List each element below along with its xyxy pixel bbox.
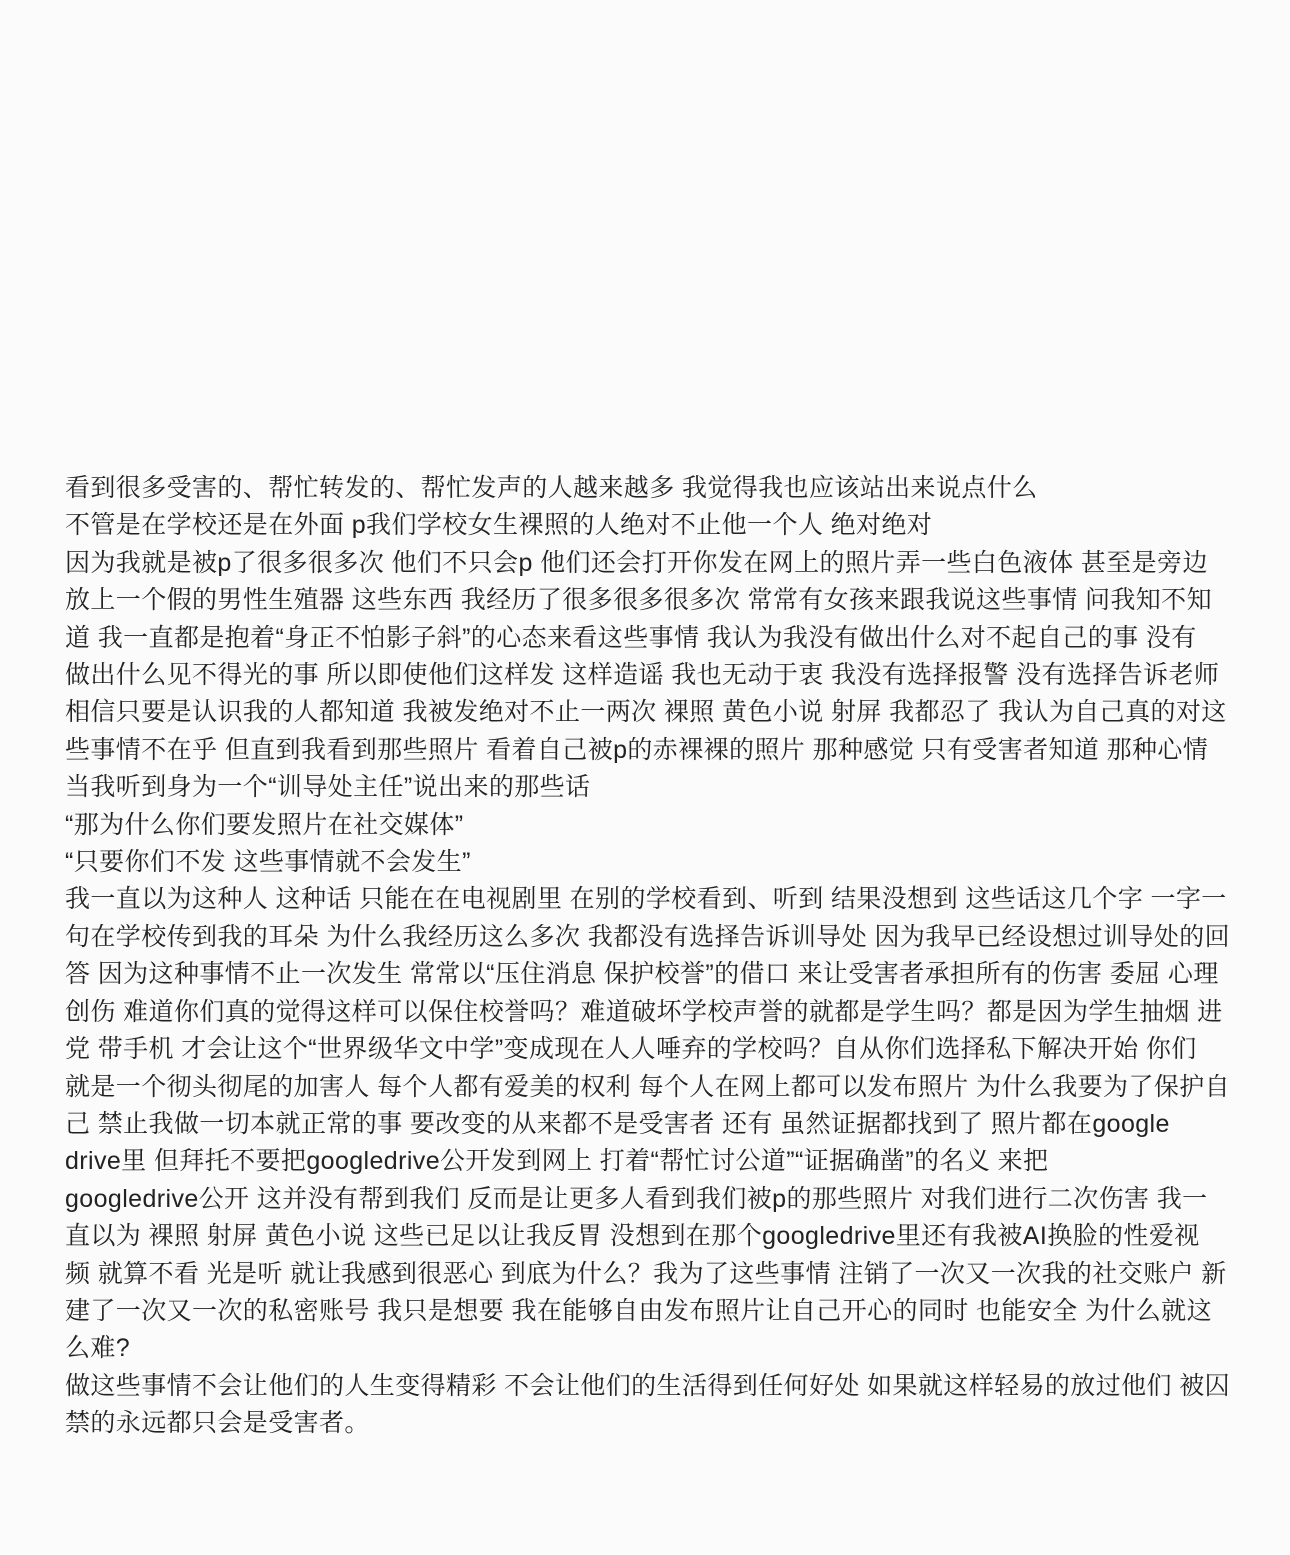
- text-line: 创伤 难道你们真的觉得这样可以保住校誉吗？难道破坏学校声誉的就都是学生吗？都是因…: [65, 994, 1230, 1031]
- text-line: 做这些事情不会让他们的人生变得精彩 不会让他们的生活得到任何好处 如果就这样轻易…: [65, 1368, 1230, 1405]
- text-line: 做出什么见不得光的事 所以即使他们这样发 这样造谣 我也无动于衷 我没有选择报警…: [65, 657, 1230, 694]
- text-line: 些事情不在乎 但直到我看到那些照片 看着自己被p的赤裸裸的照片 那种感觉 只有受…: [65, 732, 1230, 769]
- page: 看到很多受害的、帮忙转发的、帮忙发声的人越来越多 我觉得我也应该站出来说点什么 …: [0, 0, 1290, 1555]
- text-line: 答 因为这种事情不止一次发生 常常以“压住消息 保护校誉”的借口 来让受害者承担…: [65, 956, 1230, 993]
- text-line: “那为什么你们要发照片在社交媒体”: [65, 807, 1230, 844]
- text-line: 道 我一直都是抱着“身正不怕影子斜”的心态来看这些事情 我认为我没有做出什么对不…: [65, 620, 1230, 657]
- text-line: 相信只要是认识我的人都知道 我被发绝对不止一两次 裸照 黄色小说 射屏 我都忍了…: [65, 694, 1230, 731]
- text-line: “只要你们不发 这些事情就不会发生”: [65, 844, 1230, 881]
- text-line: 建了一次又一次的私密账号 我只是想要 我在能够自由发布照片让自己开心的同时 也能…: [65, 1293, 1230, 1330]
- text-line: 么难?: [65, 1330, 1230, 1367]
- text-line: 因为我就是被p了很多很多次 他们不只会p 他们还会打开你发在网上的照片弄一些白色…: [65, 545, 1230, 582]
- text-line: 句在学校传到我的耳朵 为什么我经历这么多次 我都没有选择告诉训导处 因为我早已经…: [65, 919, 1230, 956]
- text-line: 就是一个彻头彻尾的加害人 每个人都有爱美的权利 每个人在网上都可以发布照片 为什…: [65, 1069, 1230, 1106]
- text-line: 不管是在学校还是在外面 p我们学校女生裸照的人绝对不止他一个人 绝对绝对: [65, 507, 1230, 544]
- post-text: 看到很多受害的、帮忙转发的、帮忙发声的人越来越多 我觉得我也应该站出来说点什么 …: [65, 470, 1230, 1443]
- text-line: 己 禁止我做一切本就正常的事 要改变的从来都不是受害者 还有 虽然证据都找到了 …: [65, 1106, 1230, 1143]
- text-line: 当我听到身为一个“训导处主任”说出来的那些话: [65, 769, 1230, 806]
- text-line: 我一直以为这种人 这种话 只能在在电视剧里 在别的学校看到、听到 结果没想到 这…: [65, 881, 1230, 918]
- text-line: 禁的永远都只会是受害者。: [65, 1405, 1230, 1442]
- text-line: drive里 但拜托不要把googledrive公开发到网上 打着“帮忙讨公道”…: [65, 1143, 1230, 1180]
- text-line: 党 带手机 才会让这个“世界级华文中学”变成现在人人唾弃的学校吗？自从你们选择私…: [65, 1031, 1230, 1068]
- text-line: 看到很多受害的、帮忙转发的、帮忙发声的人越来越多 我觉得我也应该站出来说点什么: [65, 470, 1230, 507]
- text-line: googledrive公开 这并没有帮到我们 反而是让更多人看到我们被p的那些照…: [65, 1181, 1230, 1218]
- text-line: 放上一个假的男性生殖器 这些东西 我经历了很多很多很多次 常常有女孩来跟我说这些…: [65, 582, 1230, 619]
- text-line: 频 就算不看 光是听 就让我感到很恶心 到底为什么？我为了这些事情 注销了一次又…: [65, 1256, 1230, 1293]
- text-line: 直以为 裸照 射屏 黄色小说 这些已足以让我反胃 没想到在那个googledri…: [65, 1218, 1230, 1255]
